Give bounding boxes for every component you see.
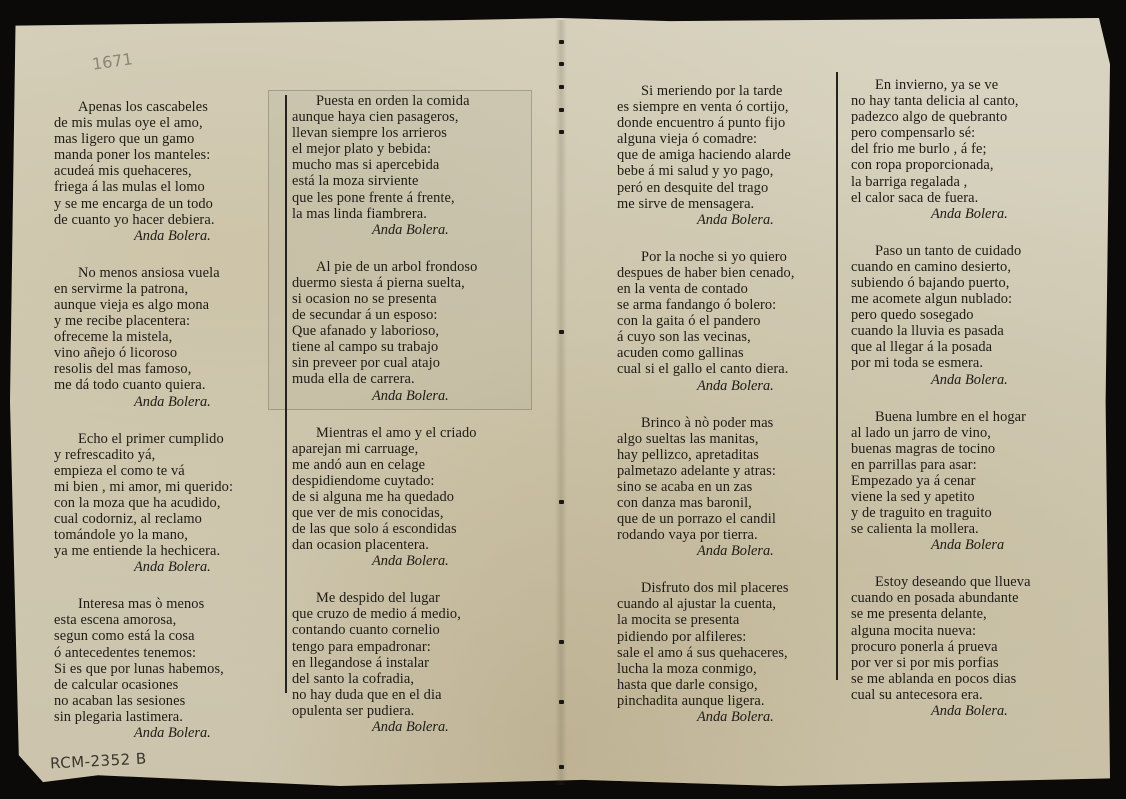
column-1: Apenas los cascabelesde mis mulas oye el… <box>54 99 304 762</box>
verse-line: friega á las mulas el lomo <box>54 179 304 195</box>
verse-line: acuden como gallinas <box>617 345 867 361</box>
refrain: Anda Bolera. <box>851 703 1101 719</box>
verse-line: ya me entiende la hechicera. <box>54 543 304 559</box>
verse-line: en servirme la patrona, <box>54 281 304 297</box>
refrain: Anda Bolera. <box>292 719 542 735</box>
verse-line: me dá todo cuanto quiera. <box>54 377 304 393</box>
column-4: En invierno, ya se veno hay tanta delici… <box>851 77 1101 740</box>
verse-line: con danza mas baronil, <box>617 495 867 511</box>
refrain: Anda Bolera <box>851 537 1101 553</box>
stanza: Si meriendo por la tardees siempre en ve… <box>617 83 867 228</box>
refrain: Anda Bolera. <box>851 372 1101 388</box>
verse-line: Interesa mas ò menos <box>54 596 304 612</box>
verse-line: acudeá mis quehaceres, <box>54 163 304 179</box>
stitch-hole <box>559 330 564 334</box>
verse-line: aunque vieja es algo mona <box>54 297 304 313</box>
stanza: Disfruto dos mil placerescuando al ajust… <box>617 580 867 725</box>
stitch-hole <box>559 108 564 112</box>
stanza: Estoy deseando que lluevacuando en posad… <box>851 574 1101 719</box>
verse-line: hasta que darle consigo, <box>617 677 867 693</box>
verse-line: donde encuentro á punto fijo <box>617 115 867 131</box>
verse-line: de calcular ocasiones <box>54 677 304 693</box>
verse-line: Que afanado y laborioso, <box>292 323 542 339</box>
stitch-hole <box>559 40 564 44</box>
verse-line: sin preveer por cual atajo <box>292 355 542 371</box>
verse-line: despues de haber bien cenado, <box>617 265 867 281</box>
stanza: En invierno, ya se veno hay tanta delici… <box>851 77 1101 222</box>
verse-line: á cuyo son las vecinas, <box>617 329 867 345</box>
verse-line: se calienta la mollera. <box>851 521 1101 537</box>
verse-line: padezco algo de quebranto <box>851 109 1101 125</box>
verse-line: que de un porrazo el candil <box>617 511 867 527</box>
verse-line: Empezado ya á cenar <box>851 473 1101 489</box>
refrain: Anda Bolera. <box>292 388 542 404</box>
verse-line: y de traguito en traguito <box>851 505 1101 521</box>
verse-line: pero compensarlo sé: <box>851 125 1101 141</box>
verse-line: está la moza sirviente <box>292 173 542 189</box>
verse-line: cuando al ajustar la cuenta, <box>617 596 867 612</box>
stitch-hole <box>559 765 564 769</box>
verse-line: Si meriendo por la tarde <box>617 83 867 99</box>
verse-line: me acomete algun nublado: <box>851 291 1101 307</box>
verse-line: de mis mulas oye el amo, <box>54 115 304 131</box>
column-3: Si meriendo por la tardees siempre en ve… <box>617 83 867 746</box>
stitch-hole <box>559 62 564 66</box>
refrain: Anda Bolera. <box>617 378 867 394</box>
center-fold <box>555 20 567 785</box>
verse-line: el calor saca de fuera. <box>851 190 1101 206</box>
stanza: Paso un tanto de cuidadocuando en camino… <box>851 243 1101 388</box>
verse-line: si ocasion no se presenta <box>292 291 542 307</box>
stanza: Puesta en orden la comidaaunque haya cie… <box>292 93 542 238</box>
stitch-hole <box>559 130 564 134</box>
verse-line: de secundar á un esposo: <box>292 307 542 323</box>
verse-line: el mejor plato y bebida: <box>292 141 542 157</box>
stanza: Buena lumbre en el hogaral lado un jarro… <box>851 409 1101 554</box>
refrain: Anda Bolera. <box>617 543 867 559</box>
verse-line: lucha la moza conmigo, <box>617 661 867 677</box>
verse-line: mi bien , mi amor, mi querido: <box>54 479 304 495</box>
refrain: Anda Bolera. <box>851 206 1101 222</box>
verse-line: sino se acaba en un zas <box>617 479 867 495</box>
verse-line: con la moza que ha acudido, <box>54 495 304 511</box>
verse-line: la barriga regalada , <box>851 174 1101 190</box>
verse-line: peró en desquite del trago <box>617 180 867 196</box>
verse-line: tengo para empadronar: <box>292 639 542 655</box>
verse-line: cuando en posada abundante <box>851 590 1101 606</box>
verse-line: En invierno, ya se ve <box>851 77 1101 93</box>
verse-line: cual si el gallo el canto diera. <box>617 361 867 377</box>
stanza: Brinco à nò poder masalgo sueltas las ma… <box>617 415 867 560</box>
verse-line: tomándole yo la mano, <box>54 527 304 543</box>
refrain: Anda Bolera. <box>617 212 867 228</box>
verse-line: Buena lumbre en el hogar <box>851 409 1101 425</box>
verse-line: aunque haya cien pasageros, <box>292 109 542 125</box>
verse-line: vino añejo ó licoroso <box>54 345 304 361</box>
verse-line: del frio me burlo , á fe; <box>851 141 1101 157</box>
verse-line: cual codorniz, al reclamo <box>54 511 304 527</box>
verse-line: No menos ansiosa vuela <box>54 265 304 281</box>
stanza: Por la noche si yo quierodespues de habe… <box>617 249 867 394</box>
refrain: Anda Bolera. <box>292 222 542 238</box>
verse-line: pero quedo sosegado <box>851 307 1101 323</box>
verse-line: rodando vaya por tierra. <box>617 527 867 543</box>
stanza: Interesa mas ò menosesta escena amorosa,… <box>54 596 304 741</box>
verse-line: y refrescadito yá, <box>54 447 304 463</box>
stanza: No menos ansiosa vuelaen servirme la pat… <box>54 265 304 410</box>
verse-line: es siempre en venta ó cortijo, <box>617 99 867 115</box>
refrain: Anda Bolera. <box>54 228 304 244</box>
verse-line: viene la sed y apetito <box>851 489 1101 505</box>
verse-line: me andó aun en celage <box>292 457 542 473</box>
verse-line: mucho mas si apercebida <box>292 157 542 173</box>
verse-line: hay pellizco, apretaditas <box>617 447 867 463</box>
verse-line: resolis del mas famoso, <box>54 361 304 377</box>
verse-line: bebe á mi salud y yo pago, <box>617 163 867 179</box>
verse-line: pinchadita aunque ligera. <box>617 693 867 709</box>
verse-line: y me recibe placentera: <box>54 313 304 329</box>
verse-line: procuro ponerla á prueva <box>851 639 1101 655</box>
verse-line: pidiendo por alfileres: <box>617 629 867 645</box>
verse-line: Puesta en orden la comida <box>292 93 542 109</box>
verse-line: me sirve de mensagera. <box>617 196 867 212</box>
verse-line: tiene al campo su trabajo <box>292 339 542 355</box>
refrain: Anda Bolera. <box>617 709 867 725</box>
verse-line: Al pie de un arbol frondoso <box>292 259 542 275</box>
verse-line: la mocita se presenta <box>617 612 867 628</box>
verse-line: ó antecedentes tenemos: <box>54 645 304 661</box>
verse-line: al lado un jarro de vino, <box>851 425 1101 441</box>
verse-line: Por la noche si yo quiero <box>617 249 867 265</box>
verse-line: del santo la cofradia, <box>292 671 542 687</box>
verse-line: no hay duda que en el dia <box>292 687 542 703</box>
verse-line: de las que solo á escondidas <box>292 521 542 537</box>
verse-line: en llegandose á instalar <box>292 655 542 671</box>
verse-line: no acaban las sesiones <box>54 693 304 709</box>
verse-line: que les pone frente á frente, <box>292 190 542 206</box>
verse-line: que ver de mis conocidas, <box>292 505 542 521</box>
verse-line: Echo el primer cumplido <box>54 431 304 447</box>
verse-line: cuando en camino desierto, <box>851 259 1101 275</box>
verse-line: en parrillas para asar: <box>851 457 1101 473</box>
stanza: Al pie de un arbol frondosoduermo siesta… <box>292 259 542 404</box>
verse-line: con ropa proporcionada, <box>851 157 1101 173</box>
verse-line: se me ablanda en pocos dias <box>851 671 1101 687</box>
verse-line: alguna vieja ó comadre: <box>617 131 867 147</box>
verse-line: que de amiga haciendo alarde <box>617 147 867 163</box>
stitch-hole <box>559 85 564 89</box>
verse-line: sin plegaria lastimera. <box>54 709 304 725</box>
verse-line: con la gaita ó el pandero <box>617 313 867 329</box>
verse-line: Disfruto dos mil placeres <box>617 580 867 596</box>
verse-line: contando cuanto cornelio <box>292 622 542 638</box>
verse-line: opulenta ser pudiera. <box>292 703 542 719</box>
refrain: Anda Bolera. <box>292 553 542 569</box>
verse-line: esta escena amorosa, <box>54 612 304 628</box>
verse-line: Paso un tanto de cuidado <box>851 243 1101 259</box>
verse-line: en la venta de contado <box>617 281 867 297</box>
verse-line: la mas linda fiambrera. <box>292 206 542 222</box>
stitch-hole <box>559 700 564 704</box>
stitch-hole <box>559 640 564 644</box>
stanza: Echo el primer cumplidoy refrescadito yá… <box>54 431 304 576</box>
verse-line: Apenas los cascabeles <box>54 99 304 115</box>
verse-line: aparejan mi carruage, <box>292 441 542 457</box>
verse-line: no hay tanta delicia al canto, <box>851 93 1101 109</box>
verse-line: y se me encarga de un todo <box>54 196 304 212</box>
verse-line: palmetazo adelante y atras: <box>617 463 867 479</box>
verse-line: que al llegar á la posada <box>851 339 1101 355</box>
refrain: Anda Bolera. <box>54 559 304 575</box>
verse-line: dan ocasion placentera. <box>292 537 542 553</box>
column-2: Puesta en orden la comidaaunque haya cie… <box>292 93 542 756</box>
refrain: Anda Bolera. <box>54 394 304 410</box>
verse-line: alguna mocita nueva: <box>851 623 1101 639</box>
verse-line: subiendo ó bajando puerto, <box>851 275 1101 291</box>
verse-line: se arma fandango ó bolero: <box>617 297 867 313</box>
verse-line: algo sueltas las manitas, <box>617 431 867 447</box>
verse-line: Mientras el amo y el criado <box>292 425 542 441</box>
verse-line: duermo siesta á pierna suelta, <box>292 275 542 291</box>
verse-line: mas ligero que un gamo <box>54 131 304 147</box>
verse-line: sale el amo á sus quehaceres, <box>617 645 867 661</box>
verse-line: Me despido del lugar <box>292 590 542 606</box>
verse-line: despidiendome cuytado: <box>292 473 542 489</box>
verse-line: manda poner los manteles: <box>54 147 304 163</box>
verse-line: muda ella de carrera. <box>292 371 542 387</box>
verse-line: por mi toda se esmera. <box>851 355 1101 371</box>
verse-line: se me presenta delante, <box>851 606 1101 622</box>
verse-line: segun como está la cosa <box>54 628 304 644</box>
verse-line: Brinco à nò poder mas <box>617 415 867 431</box>
verse-line: de cuanto yo hacer debiera. <box>54 212 304 228</box>
verse-line: buenas magras de tocino <box>851 441 1101 457</box>
stanza: Apenas los cascabelesde mis mulas oye el… <box>54 99 304 244</box>
verse-line: Si es que por lunas habemos, <box>54 661 304 677</box>
verse-line: cual su antecesora era. <box>851 687 1101 703</box>
verse-line: por ver si por mis porfias <box>851 655 1101 671</box>
stanza: Me despido del lugarque cruzo de medio á… <box>292 590 542 735</box>
verse-line: llevan siempre los arrieros <box>292 125 542 141</box>
refrain: Anda Bolera. <box>54 725 304 741</box>
verse-line: ofreceme la mistela, <box>54 329 304 345</box>
verse-line: empieza el como te vá <box>54 463 304 479</box>
stitch-hole <box>559 500 564 504</box>
verse-line: cuando la lluvia es pasada <box>851 323 1101 339</box>
verse-line: que cruzo de medio á medio, <box>292 606 542 622</box>
stanza: Mientras el amo y el criadoaparejan mi c… <box>292 425 542 570</box>
verse-line: Estoy deseando que llueva <box>851 574 1101 590</box>
verse-line: de si alguna me ha quedado <box>292 489 542 505</box>
